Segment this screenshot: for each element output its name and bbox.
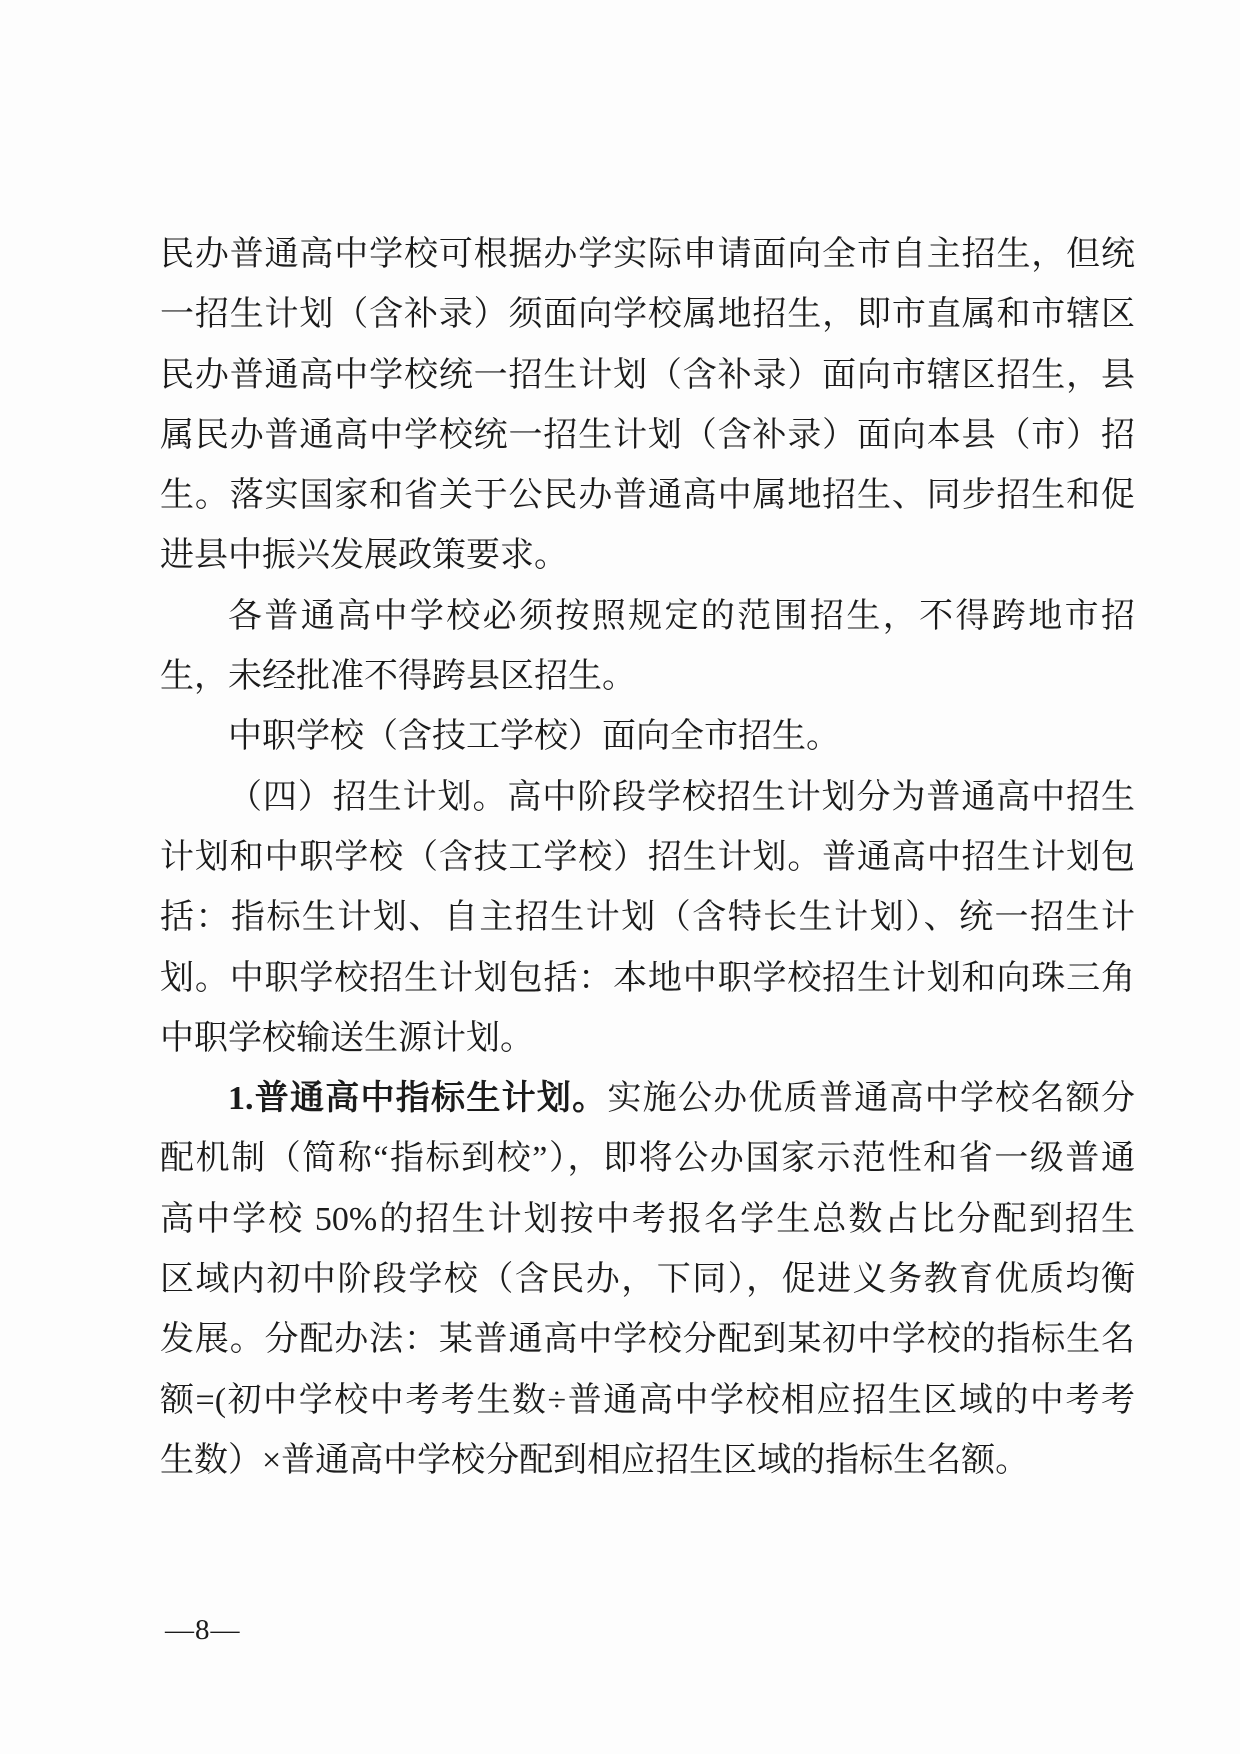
document-page: 民办普通高中学校可根据办学实际申请面向全市自主招生，但统 一招生计划（含补录）须… <box>0 0 1240 1754</box>
text-line: （四）招生计划。高中阶段学校招生计划分为普通高中招生 <box>160 768 1135 828</box>
text-line: 括：指标生计划、自主招生计划（含特长生计划）、统一招生计 <box>160 888 1135 948</box>
inline-body-run: 实施公办优质普通高中学校名额分 <box>607 1080 1135 1117</box>
text-line: 民办普通高中学校可根据办学实际申请面向全市自主招生，但统 <box>160 225 1135 285</box>
text-line: 进县中振兴发展政策要求。 <box>160 526 1135 586</box>
text-line: 中职学校输送生源计划。 <box>160 1009 1135 1069</box>
text-line: 属民办普通高中学校统一招生计划（含补录）面向本县（市）招 <box>160 406 1135 466</box>
page-number: —8— <box>165 1614 241 1646</box>
text-line: 划。中职学校招生计划包括：本地中职学校招生计划和向珠三角 <box>160 949 1135 1009</box>
inline-heading: 1.普通高中指标生计划。 <box>228 1080 607 1117</box>
text-line: 中职学校（含技工学校）面向全市招生。 <box>160 707 1135 767</box>
text-line: 生数）×普通高中学校分配到相应招生区域的指标生名额。 <box>160 1431 1135 1491</box>
page-footer: —8— <box>165 1608 241 1652</box>
document-body: 民办普通高中学校可根据办学实际申请面向全市自主招生，但统 一招生计划（含补录）须… <box>160 225 1135 1491</box>
text-line: 配机制（简称“指标到校”），即将公办国家示范性和省一级普通 <box>160 1129 1135 1189</box>
text-line: 一招生计划（含补录）须面向学校属地招生，即市直属和市辖区 <box>160 285 1135 345</box>
text-line: 额=(初中学校中考考生数÷普通高中学校相应招生区域的中考考 <box>160 1371 1135 1431</box>
text-line: 高中学校 50%的招生计划按中考报名学生总数占比分配到招生 <box>160 1190 1135 1250</box>
text-line: 生。落实国家和省关于公民办普通高中属地招生、同步招生和促 <box>160 466 1135 526</box>
text-line: 区域内初中阶段学校（含民办，下同），促进义务教育优质均衡 <box>160 1250 1135 1310</box>
text-line: 计划和中职学校（含技工学校）招生计划。普通高中招生计划包 <box>160 828 1135 888</box>
text-line: 发展。分配办法：某普通高中学校分配到某初中学校的指标生名 <box>160 1310 1135 1370</box>
text-line: 生，未经批准不得跨县区招生。 <box>160 647 1135 707</box>
text-line: 各普通高中学校必须按照规定的范围招生，不得跨地市招 <box>160 587 1135 647</box>
text-line: 民办普通高中学校统一招生计划（含补录）面向市辖区招生，县 <box>160 346 1135 406</box>
text-line: 1.普通高中指标生计划。实施公办优质普通高中学校名额分 <box>160 1069 1135 1129</box>
